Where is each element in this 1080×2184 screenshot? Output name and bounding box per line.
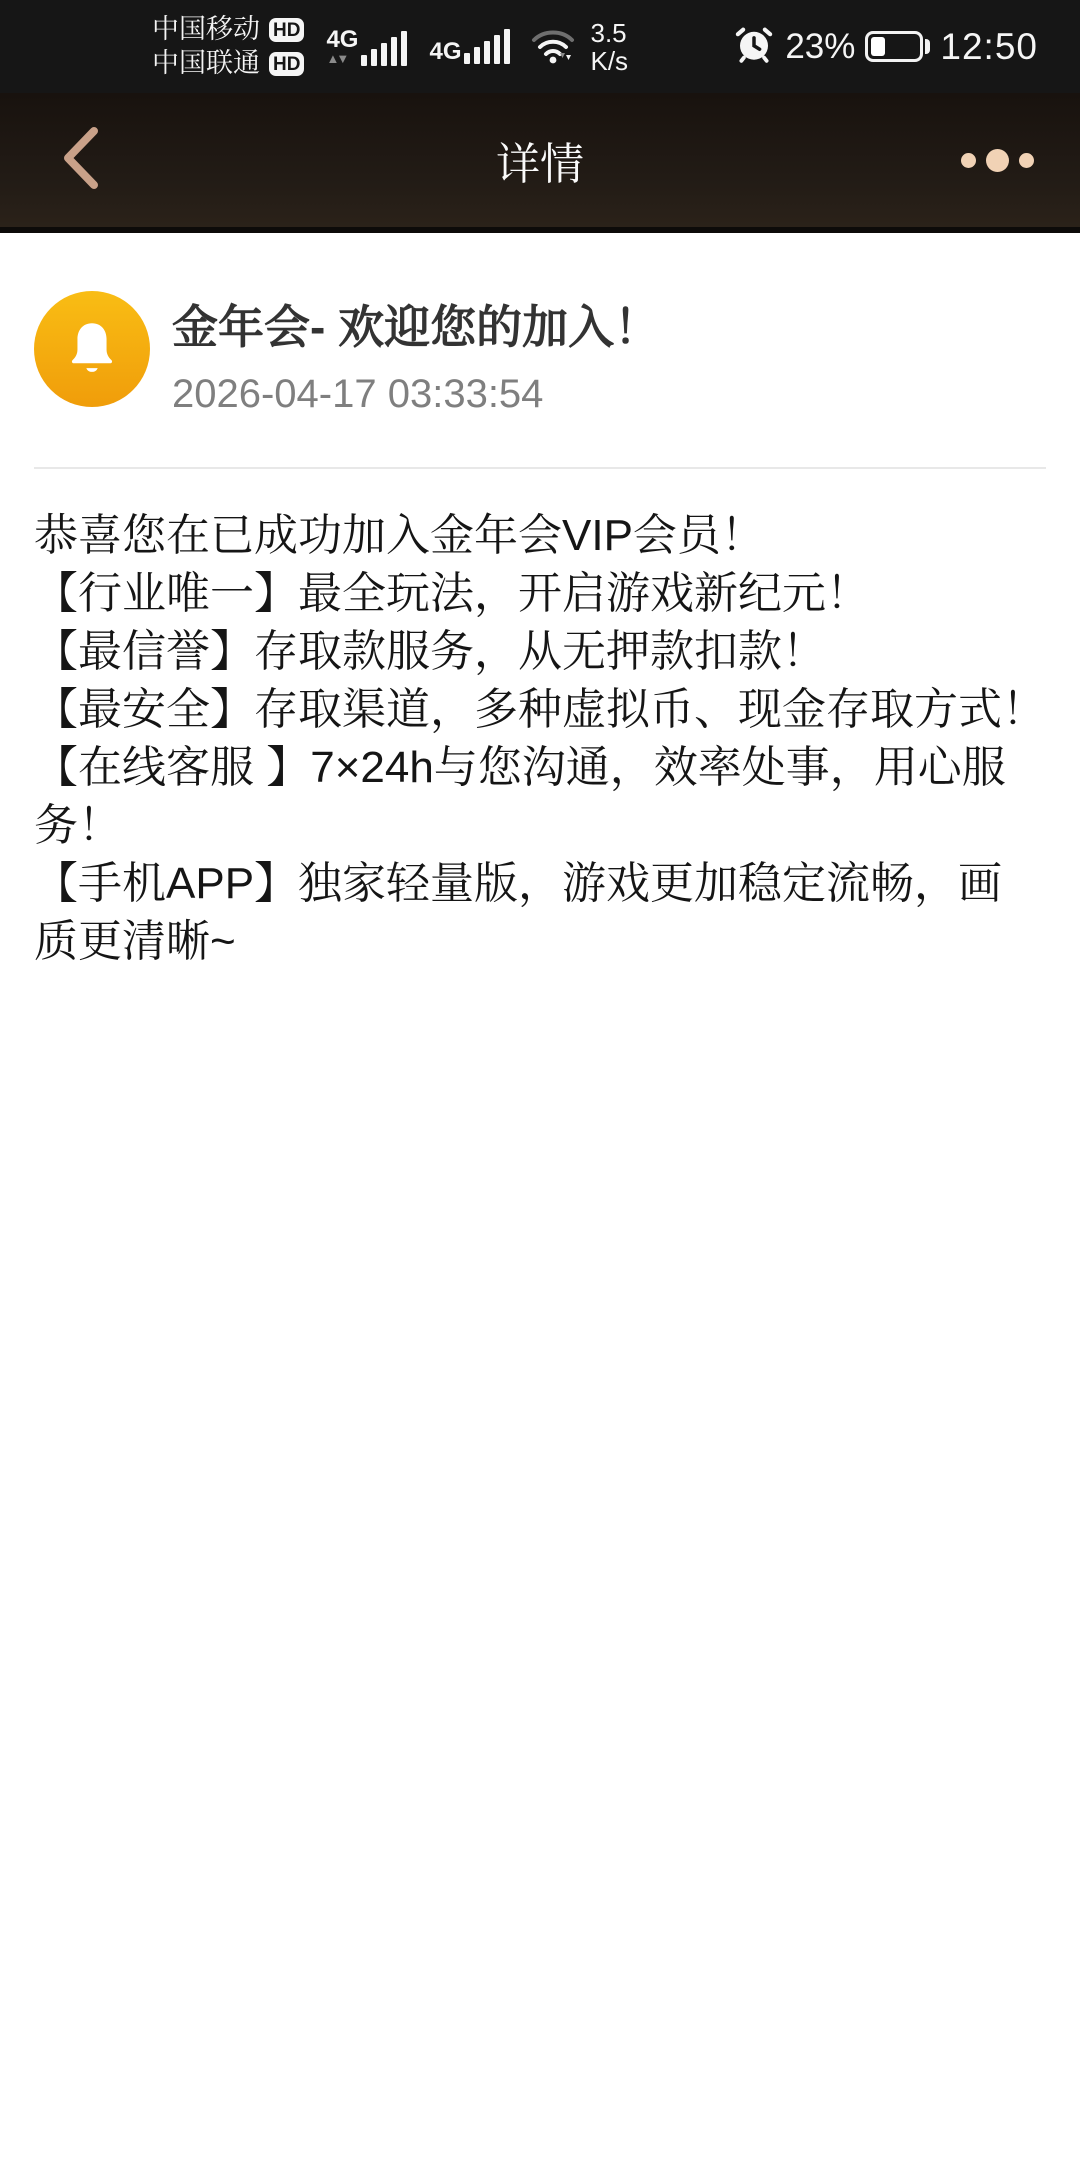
carrier-block: 中国移动 HD 中国联通 HD: [152, 14, 304, 79]
message-paragraph: 【行业唯一】最全玩法，开启游戏新纪元！: [34, 565, 1046, 623]
status-bar-right: 23% 12:50: [733, 23, 1038, 70]
message-head-text: 金年会- 欢迎您的加入！ 2026-04-17 03:33:54: [172, 291, 660, 417]
signal-cluster-1: 4G ▲▼: [326, 28, 407, 66]
signal-cluster-2: 4G: [429, 29, 510, 64]
message-paragraph: 恭喜您在已成功加入金年会VIP会员！: [34, 507, 1046, 565]
screen: { "status_bar": { "carrier1": "中国移动", "c…: [0, 0, 1080, 2184]
ellipsis-icon: [986, 149, 1009, 172]
data-activity-icon: ▲▼: [326, 52, 346, 66]
hd-icon: HD: [269, 18, 304, 42]
clock: 12:50: [940, 26, 1038, 68]
message-timestamp: 2026-04-17 03:33:54: [172, 371, 660, 417]
message-title: 金年会- 欢迎您的加入！: [172, 299, 660, 355]
hd-icon: HD: [269, 52, 304, 76]
carrier-row-2: 中国联通 HD: [152, 48, 304, 79]
signal-bars-icon: [464, 29, 510, 64]
speed-value: 3.5: [590, 19, 628, 47]
speed-unit: K/s: [590, 47, 628, 75]
carrier-name-2: 中国联通: [152, 48, 260, 79]
message-paragraph: 【最安全】存取渠道，多种虚拟币、现金存取方式！: [34, 681, 1046, 739]
divider: [34, 467, 1046, 469]
alarm-icon: [733, 23, 775, 70]
ellipsis-icon: [1019, 153, 1034, 168]
ellipsis-icon: [961, 153, 976, 168]
page-title: 详情: [0, 128, 1080, 192]
network-speed: 3.5 K/s: [590, 19, 628, 75]
network-type-label: 4G: [429, 40, 461, 64]
wifi-icon: [530, 26, 576, 71]
signal-bars-icon: [361, 31, 407, 66]
message-body: 恭喜您在已成功加入金年会VIP会员！【行业唯一】最全玩法，开启游戏新纪元！【最信…: [34, 507, 1046, 971]
message-detail: 金年会- 欢迎您的加入！ 2026-04-17 03:33:54 恭喜您在已成功…: [0, 233, 1080, 971]
battery-percent: 23%: [785, 27, 855, 67]
message-paragraph: 【手机APP】独家轻量版，游戏更加稳定流畅，画质更清晰~: [34, 855, 1046, 971]
carrier-name-1: 中国移动: [152, 14, 260, 45]
notification-bell-icon: [34, 291, 150, 407]
network-type-label: 4G: [326, 28, 358, 52]
more-menu-button[interactable]: [961, 93, 1034, 227]
message-paragraph: 【在线客服 】7×24h与您沟通，效率处事，用心服务！: [34, 739, 1046, 855]
nav-bar: 详情: [0, 93, 1080, 233]
status-bar: 中国移动 HD 中国联通 HD 4G ▲▼ 4G: [0, 0, 1080, 93]
carrier-row-1: 中国移动 HD: [152, 14, 304, 45]
message-header: 金年会- 欢迎您的加入！ 2026-04-17 03:33:54: [34, 291, 1046, 417]
message-paragraph: 【最信誉】存取款服务，从无押款扣款！: [34, 623, 1046, 681]
battery-icon: [865, 31, 930, 62]
